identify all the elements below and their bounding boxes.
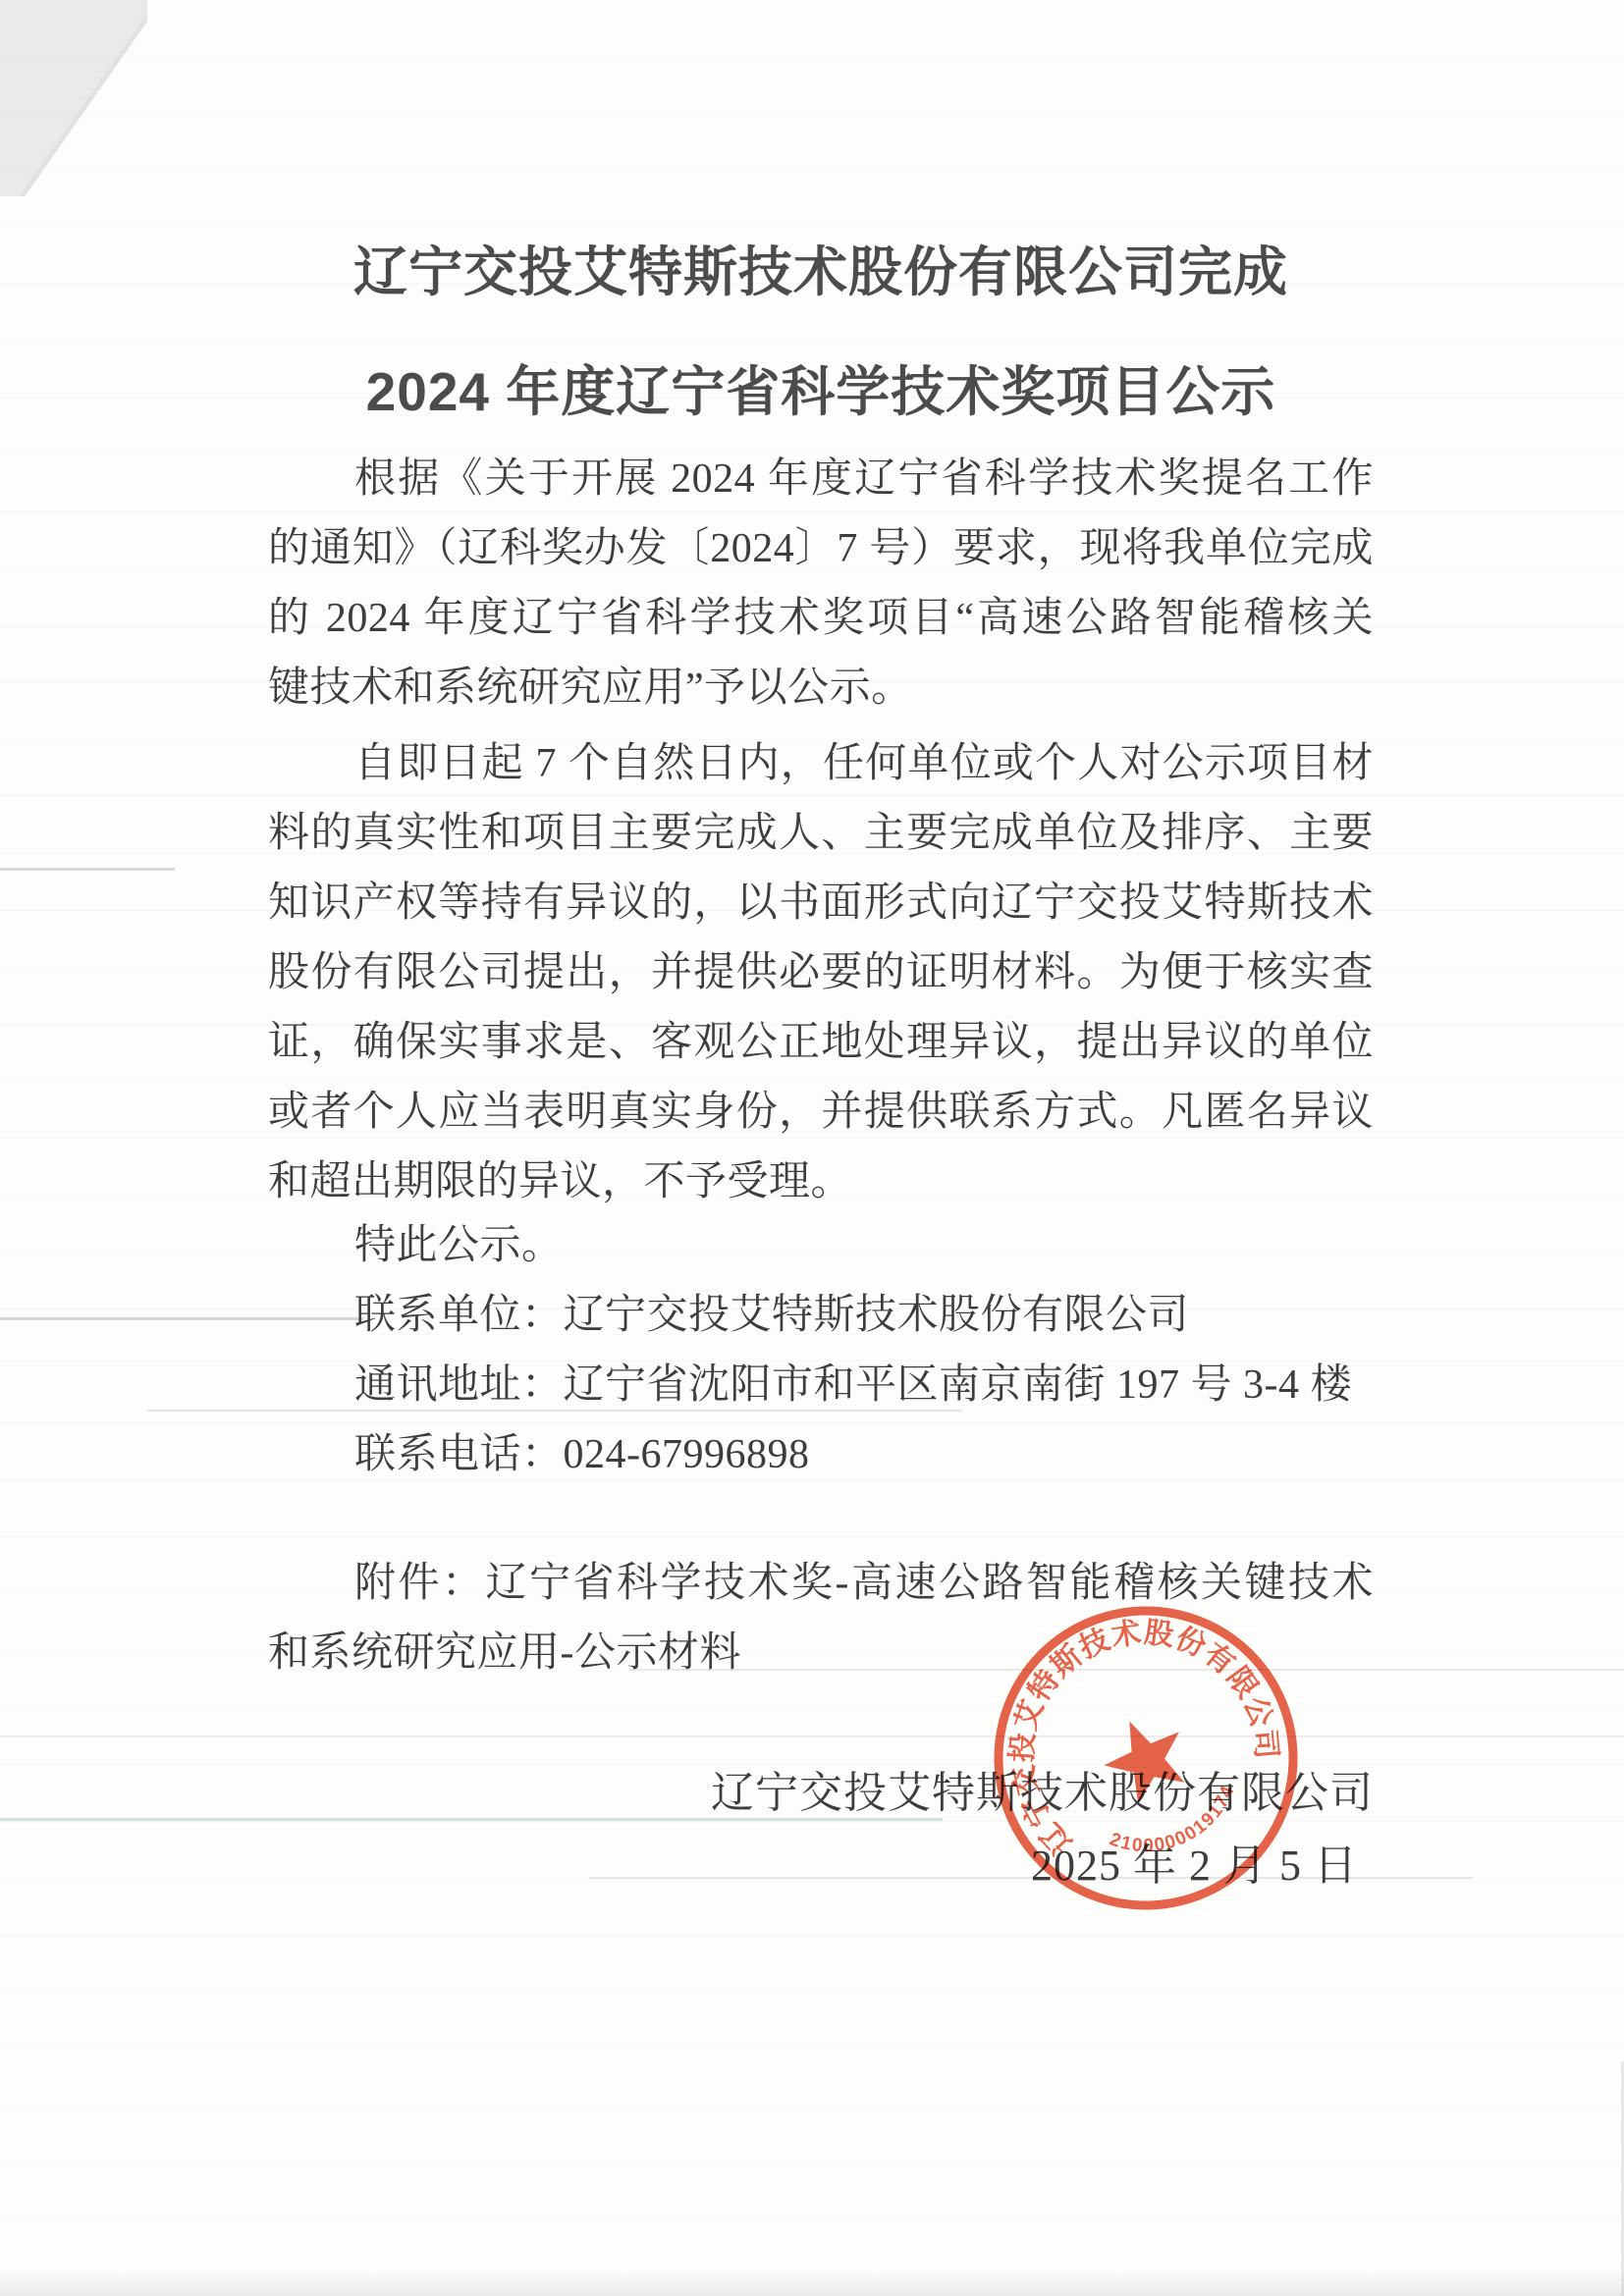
contact-line-phone: 联系电话：024-67996898 [268,1420,1374,1490]
document-title-line-1: 辽宁交投艾特斯技术股份有限公司完成 [268,239,1374,305]
body-line: 证，确保实事求是、客观公正地处理异议，提出异议的单位 [268,1008,1374,1078]
contact-line-address: 通讯地址：辽宁省沈阳市和平区南京南街 197 号 3-4 楼 [268,1351,1374,1420]
body-line: 和超出期限的异议，不予受理。 [268,1148,1374,1217]
scan-artifact-bottom-shadow [0,2270,1624,2296]
body-line: 的通知》（辽科奖办发〔2024〕7 号）要求，现将我单位完成 [268,514,1374,584]
scanned-document-page: 辽宁交投艾特斯技术股份有限公司完成 2024 年度辽宁省科学技术奖项目公示 根据… [0,0,1624,2296]
contact-line-unit: 联系单位：辽宁交投艾特斯技术股份有限公司 [268,1281,1374,1351]
body-line: 或者个人应当表明真实身份，并提供联系方式。凡匿名异议 [268,1078,1374,1148]
body-line: 知识产权等持有异议的，以书面形式向辽宁交投艾特斯技术 [268,869,1374,938]
body-line: 自即日起 7 个自然日内，任何单位或个人对公示项目材 [268,729,1374,799]
body-line: 的 2024 年度辽宁省科学技术奖项目“高速公路智能稽核关 [268,584,1374,654]
closing-line: 特此公示。 [268,1211,1374,1281]
body-line: 根据《关于开展 2024 年度辽宁省科学技术奖提名工作 [268,445,1374,514]
body-line: 键技术和系统研究应用”予以公示。 [268,654,1374,723]
scan-artifact-corner-shadow [0,0,147,196]
seal-number: 2100000019174 [1101,1776,1252,1877]
scan-artifact-streak [0,868,175,871]
body-line: 料的真实性和项目主要完成人、主要完成单位及排序、主要 [268,799,1374,869]
body-line: 股份有限公司提出，并提供必要的证明材料。为便于核实查 [268,938,1374,1008]
document-title-line-2: 2024 年度辽宁省科学技术奖项目公示 [268,358,1374,425]
seal-star-icon [1092,1705,1199,1810]
svg-text:2100000019174: 2100000019174 [1101,1776,1252,1877]
